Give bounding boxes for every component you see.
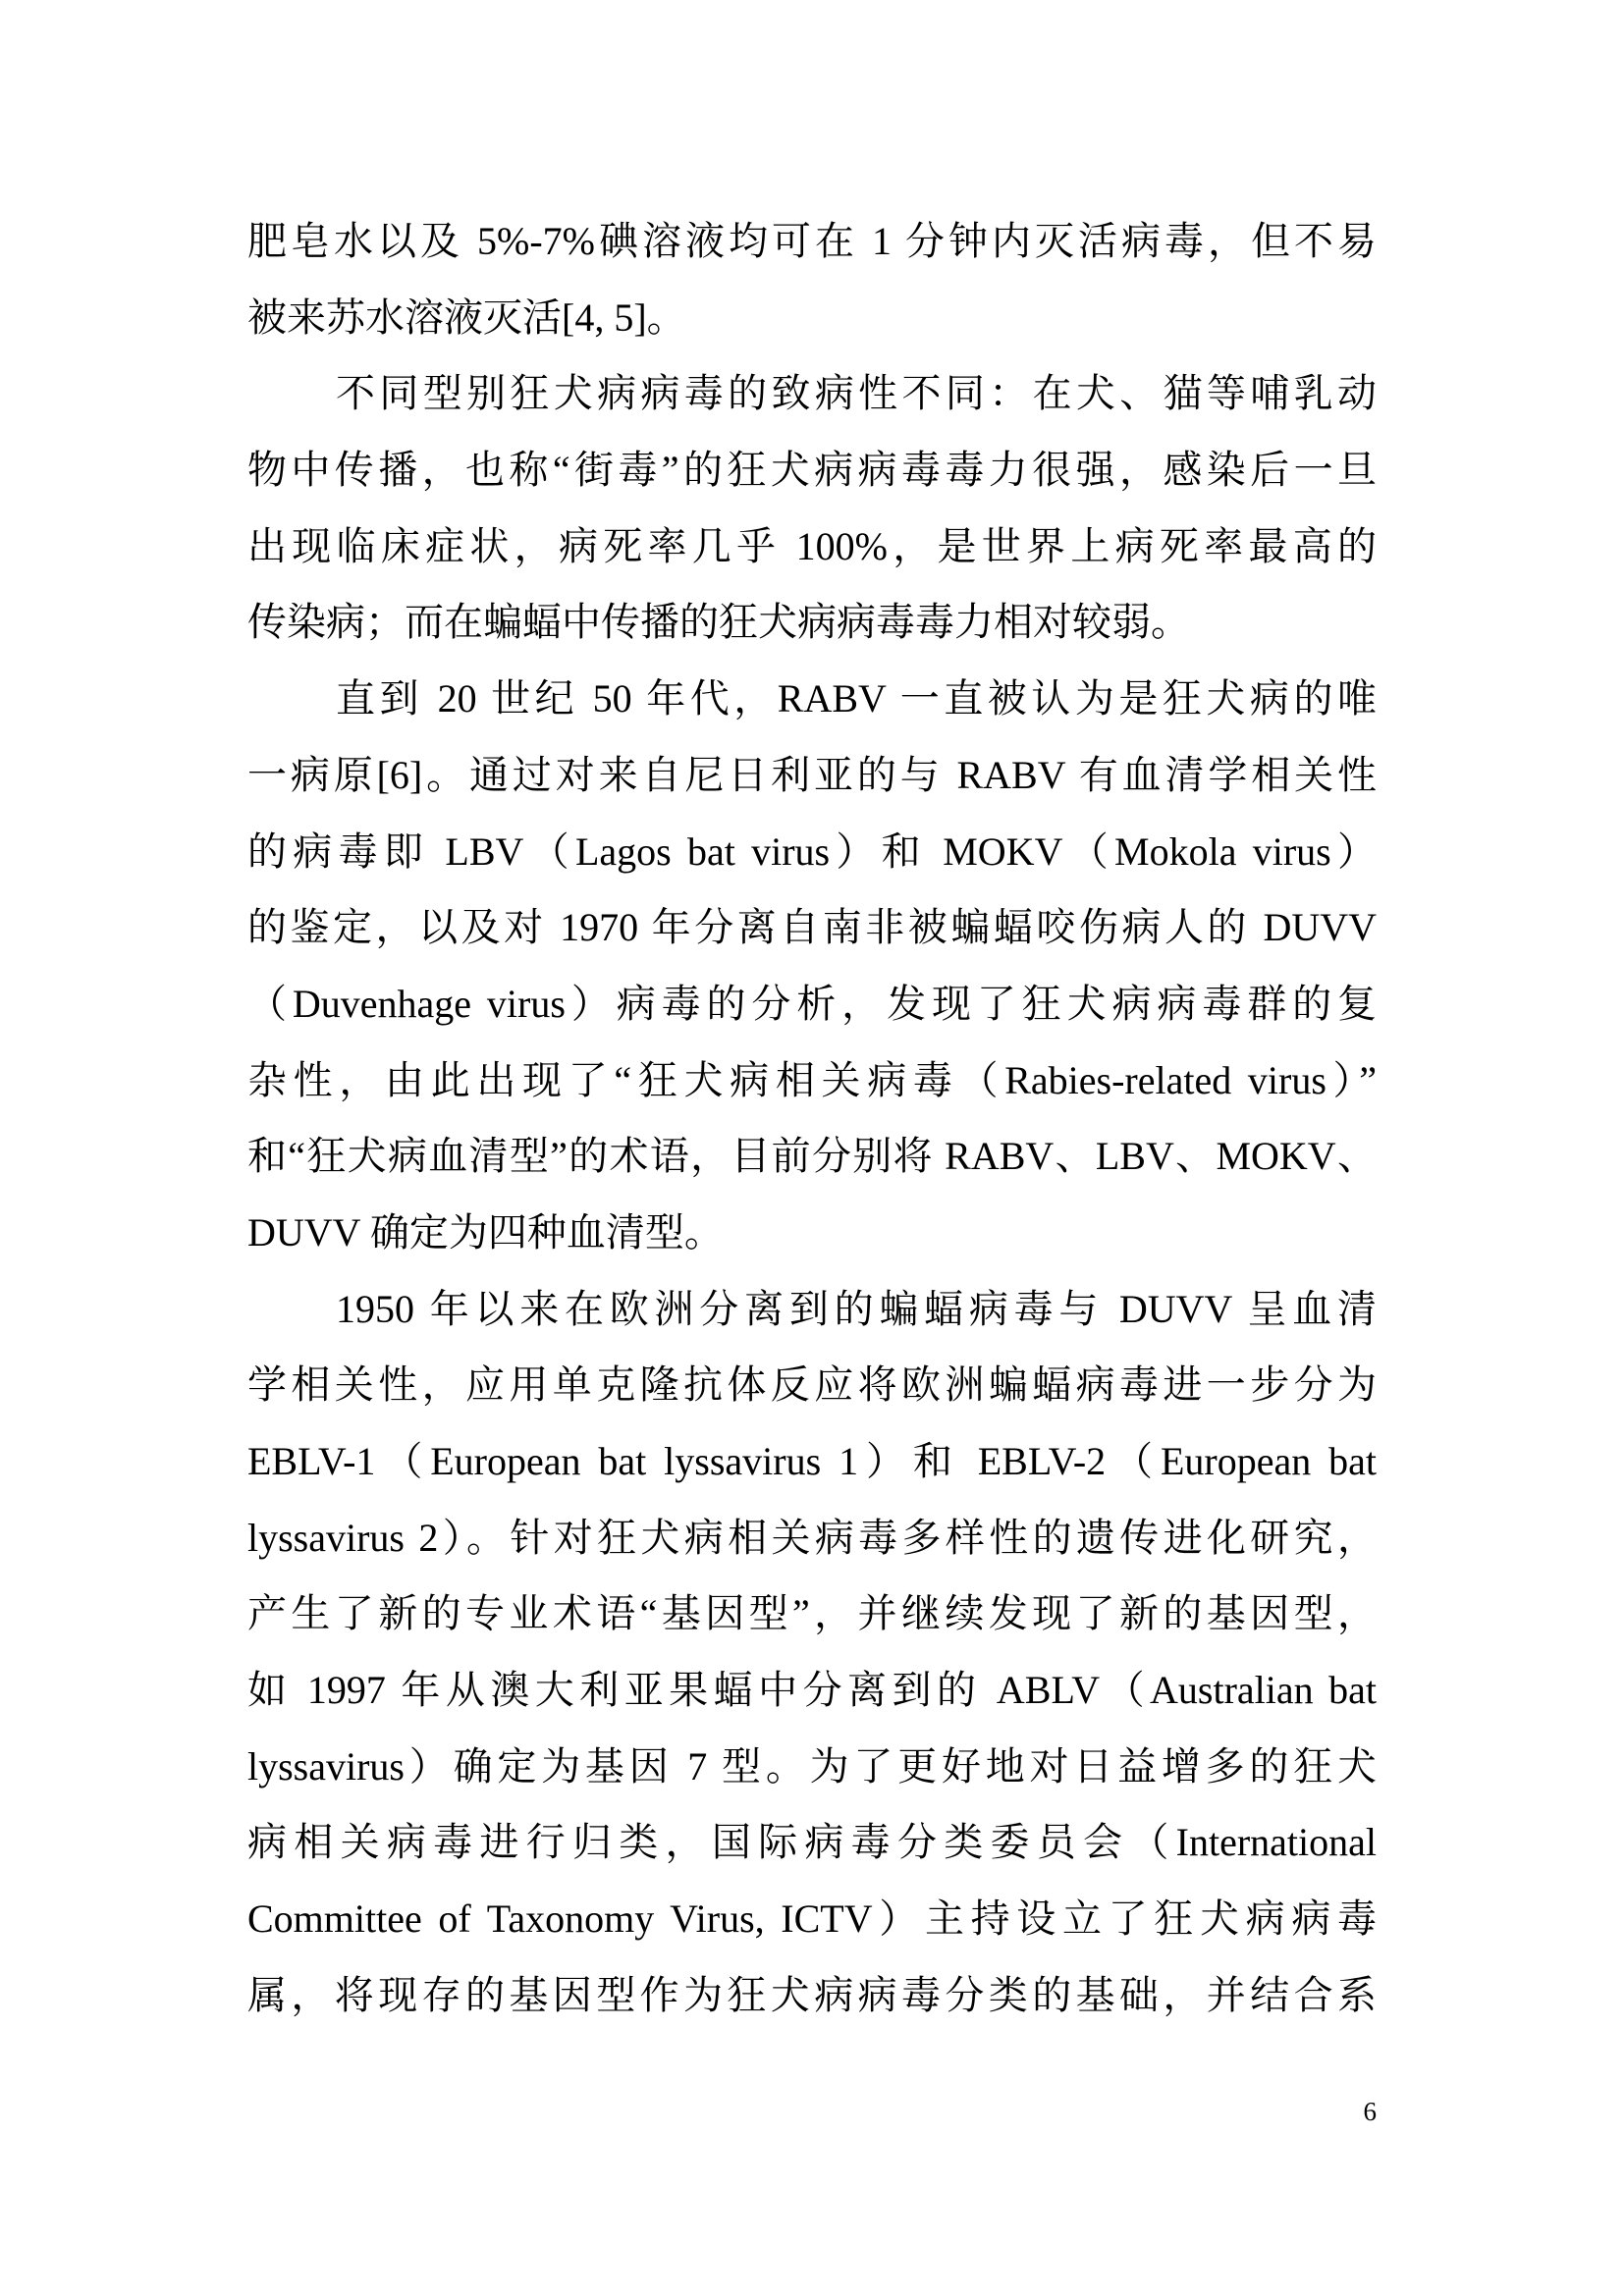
text-line: 产生了新的专业术语“基因型”，并继续发现了新的基因型， bbox=[247, 1575, 1377, 1652]
text-line: 一病原[6]。通过对来自尼日利亚的与 RABV 有血清学相关性 bbox=[247, 737, 1377, 814]
text-line: 1950 年以来在欧洲分离到的蝙蝠病毒与 DUVV 呈血清 bbox=[247, 1271, 1377, 1348]
text-line: （Duvenhage virus）病毒的分析，发现了狂犬病病毒群的复 bbox=[247, 966, 1377, 1042]
text-line: 被来苏水溶液灭活[4, 5]。 bbox=[247, 280, 1377, 356]
text-line: 的病毒即 LBV（Lagos bat virus）和 MOKV（Mokola v… bbox=[247, 814, 1377, 890]
text-line: Committee of Taxonomy Virus, ICTV）主持设立了狂… bbox=[247, 1881, 1377, 1957]
text-line: 学相关性，应用单克隆抗体反应将欧洲蝙蝠病毒进一步分为 bbox=[247, 1347, 1377, 1423]
document-page: 肥皂水以及 5%-7%碘溶液均可在 1 分钟内灭活病毒，但不易 被来苏水溶液灭活… bbox=[0, 0, 1624, 2296]
text-line: 出现临床症状，病死率几乎 100%，是世界上病死率最高的 bbox=[247, 508, 1377, 585]
text-line: 杂性，由此出现了“狂犬病相关病毒（Rabies-related virus）” bbox=[247, 1042, 1377, 1119]
body-text: 肥皂水以及 5%-7%碘溶液均可在 1 分钟内灭活病毒，但不易 被来苏水溶液灭活… bbox=[247, 203, 1377, 2034]
text-line: 的鉴定，以及对 1970 年分离自南非被蝙蝠咬伤病人的 DUVV bbox=[247, 889, 1377, 966]
text-line: lyssavirus）确定为基因 7 型。为了更好地对日益增多的狂犬 bbox=[247, 1729, 1377, 1805]
text-line: EBLV-1（European bat lyssavirus 1）和 EBLV-… bbox=[247, 1423, 1377, 1500]
text-line: lyssavirus 2）。针对狂犬病相关病毒多样性的遗传进化研究， bbox=[247, 1500, 1377, 1576]
text-line: 直到 20 世纪 50 年代，RABV 一直被认为是狂犬病的唯 bbox=[247, 661, 1377, 737]
paragraph-4: 1950 年以来在欧洲分离到的蝙蝠病毒与 DUVV 呈血清 学相关性，应用单克隆… bbox=[247, 1271, 1377, 2034]
paragraph-2: 不同型别狂犬病病毒的致病性不同：在犬、猫等哺乳动 物中传播，也称“街毒”的狂犬病… bbox=[247, 355, 1377, 661]
text-line: 病相关病毒进行归类，国际病毒分类委员会（International bbox=[247, 1804, 1377, 1881]
paragraph-1: 肥皂水以及 5%-7%碘溶液均可在 1 分钟内灭活病毒，但不易 被来苏水溶液灭活… bbox=[247, 203, 1377, 355]
text-line: 不同型别狂犬病病毒的致病性不同：在犬、猫等哺乳动 bbox=[247, 355, 1377, 432]
page-number: 6 bbox=[247, 2097, 1377, 2126]
text-line: 属，将现存的基因型作为狂犬病病毒分类的基础，并结合系 bbox=[247, 1957, 1377, 2034]
text-line: 物中传播，也称“街毒”的狂犬病病毒毒力很强，感染后一旦 bbox=[247, 432, 1377, 508]
text-line: 和“狂犬病血清型”的术语，目前分别将 RABV、LBV、MOKV、 bbox=[247, 1118, 1377, 1195]
text-line: 如 1997 年从澳大利亚果蝠中分离到的 ABLV（Australian bat bbox=[247, 1652, 1377, 1729]
paragraph-3: 直到 20 世纪 50 年代，RABV 一直被认为是狂犬病的唯 一病原[6]。通… bbox=[247, 661, 1377, 1271]
text-line: 肥皂水以及 5%-7%碘溶液均可在 1 分钟内灭活病毒，但不易 bbox=[247, 203, 1377, 280]
text-line: DUVV 确定为四种血清型。 bbox=[247, 1195, 1377, 1271]
text-line: 传染病；而在蝙蝠中传播的狂犬病病毒毒力相对较弱。 bbox=[247, 584, 1377, 661]
